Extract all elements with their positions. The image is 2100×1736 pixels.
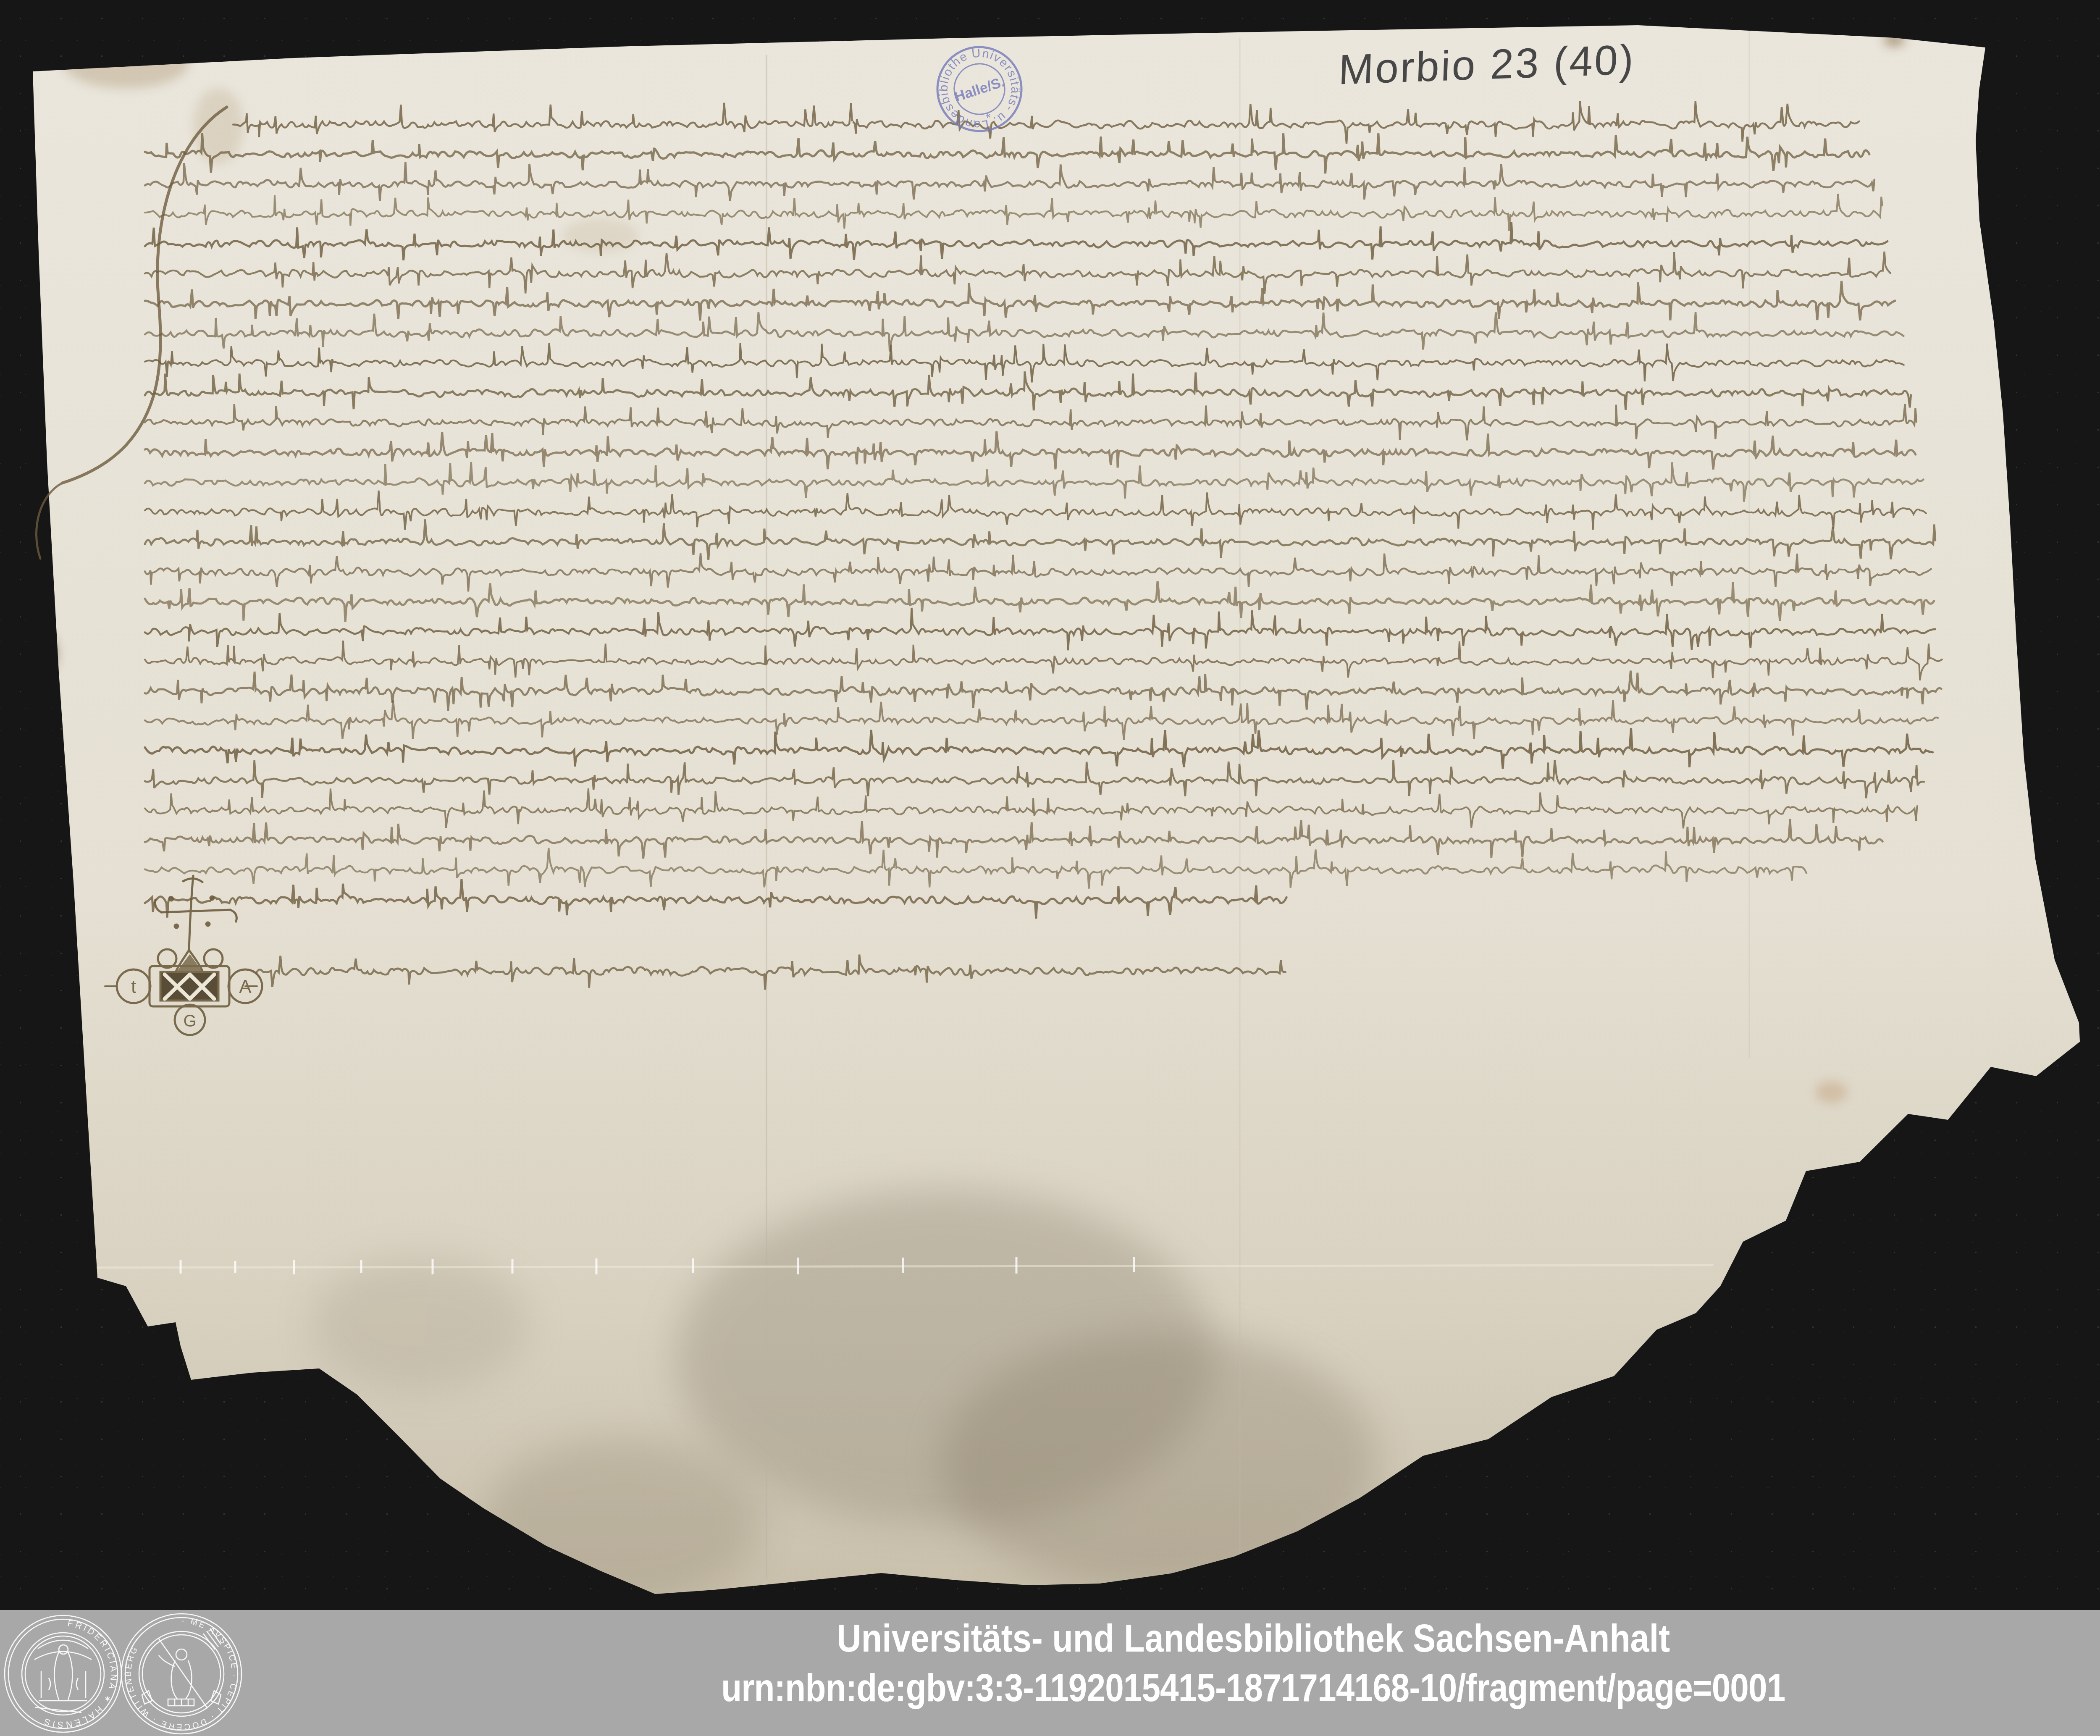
sign-letter-bottom: G [183, 1012, 196, 1030]
footer-band: FRIDERICIANA ✶ HALENSIS · ME AVSPICE · C… [0, 1610, 2100, 1736]
sign-letter-left: t [131, 977, 136, 997]
parchment-document: t A G Universitäts- u. Landesbibliothek … [0, 0, 2100, 1736]
footer-urn-text: urn:nbn:de:gbv:3:3-1192015415-1871714168… [721, 1666, 1785, 1710]
footer-institution-line: Universitäts- und Landesbibliothek Sachs… [0, 1617, 2100, 1661]
sign-letter-right: A [239, 977, 252, 997]
digitized-archival-image: t A G Universitäts- u. Landesbibliothek … [0, 0, 2100, 1736]
footer-institution-text: Universitäts- und Landesbibliothek Sachs… [837, 1617, 1670, 1661]
footer-urn-line: urn:nbn:de:gbv:3:3-1192015415-1871714168… [0, 1666, 2100, 1710]
